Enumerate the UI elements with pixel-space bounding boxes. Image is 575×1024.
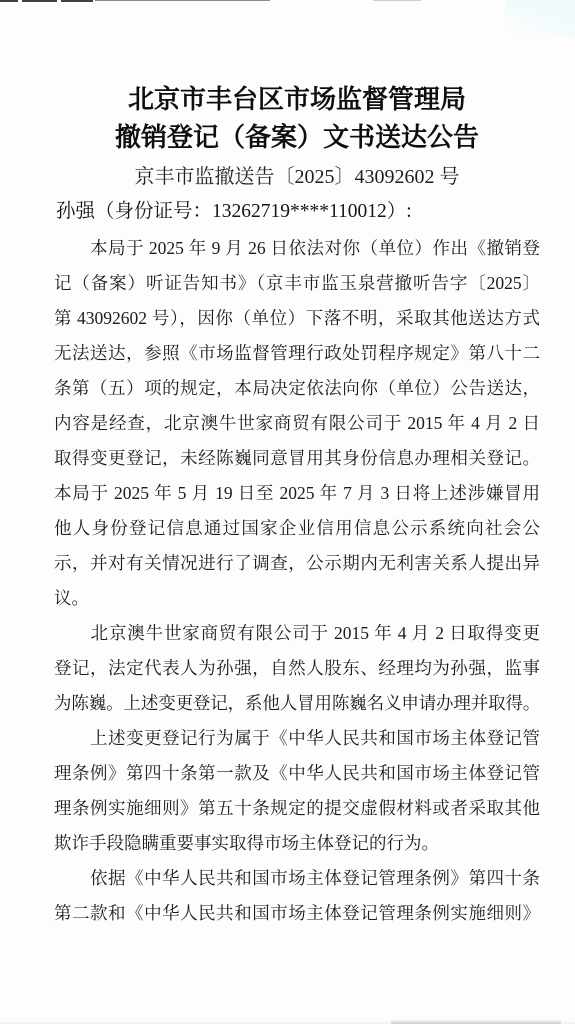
body-line-19: 依据《中华人民共和国市场主体登记管理条例》第四十条: [54, 861, 540, 896]
notice-body: 本局于 2025 年 9 月 26 日依法对你（单位）作出《撤销登 记（备案）听…: [54, 231, 540, 931]
body-line-1: 本局于 2025 年 9 月 26 日依法对你（单位）作出《撤销登: [54, 231, 540, 266]
body-line-16: 理条例》第四十条第一款及《中华人民共和国市场主体登记管: [54, 756, 540, 791]
body-line-9: 他人身份登记信息通过国家企业信用信息公示系统向社会公: [54, 511, 540, 546]
body-line-8: 本局于 2025 年 5 月 19 日至 2025 年 7 月 3 日将上述涉嫌…: [54, 476, 540, 511]
body-line-15: 上述变更登记行为属于《中华人民共和国市场主体登记管: [54, 721, 540, 756]
body-line-12: 北京澳牛世家商贸有限公司于 2015 年 4 月 2 日取得变更: [54, 616, 540, 651]
notice-title-line1: 北京市丰台区市场监督管理局: [54, 80, 540, 118]
scan-tint-top-right: [505, 0, 575, 38]
scan-artifact-top-edge: [22, 0, 57, 2]
body-line-14: 为陈巍。上述变更登记，系他人冒用陈巍名义申请办理并取得。: [54, 686, 540, 721]
body-line-2: 记（备案）听证告知书》（京丰市监玉泉营撤听告字〔2025〕: [54, 266, 540, 301]
body-line-6: 内容是经查，北京澳牛世家商贸有限公司于 2015 年 4 月 2 日: [54, 406, 540, 441]
body-line-18: 欺诈手段隐瞒重要事实取得市场主体登记的行为。: [54, 826, 540, 861]
notice-document-page: 北京市丰台区市场监督管理局 撤销登记（备案）文书送达公告 京丰市监撤送告〔202…: [0, 0, 575, 1024]
body-line-4: 无法送达，参照《市场监督管理行政处罚程序规定》第八十二: [54, 336, 540, 371]
body-line-17: 理条例实施细则》第五十条规定的提交虚假材料或者采取其他: [54, 791, 540, 826]
body-line-7: 取得变更登记，未经陈巍同意冒用其身份信息办理相关登记。: [54, 441, 540, 476]
body-line-10: 示，并对有关情况进行了调查，公示期内无利害关系人提出异: [54, 546, 540, 581]
addressee-line: 孙强（身份证号：13262719****110012）:: [56, 198, 540, 226]
scan-artifact-top-edge: [0, 0, 18, 2]
body-line-13: 登记，法定代表人为孙强，自然人股东、经理均为孙强，监事: [54, 651, 540, 686]
document-number: 京丰市监撤送告〔2025〕43092602 号: [54, 163, 540, 191]
body-line-20: 第二款和《中华人民共和国市场主体登记管理条例实施细则》: [54, 896, 540, 931]
body-line-11: 议。: [54, 581, 540, 616]
scan-artifact-top-edge: [95, 0, 270, 1]
notice-title-line2: 撤销登记（备案）文书送达公告: [54, 118, 540, 156]
body-line-5: 条第（五）项的规定，本局决定依法向你（单位）公告送达，: [54, 371, 540, 406]
scan-artifact-top-edge: [61, 0, 93, 2]
scan-shadow-bottom-right: [391, 1019, 561, 1024]
body-line-3: 第 43092602 号），因你（单位）下落不明，采取其他送达方式: [54, 301, 540, 336]
scan-artifact-top-edge: [373, 0, 421, 1]
